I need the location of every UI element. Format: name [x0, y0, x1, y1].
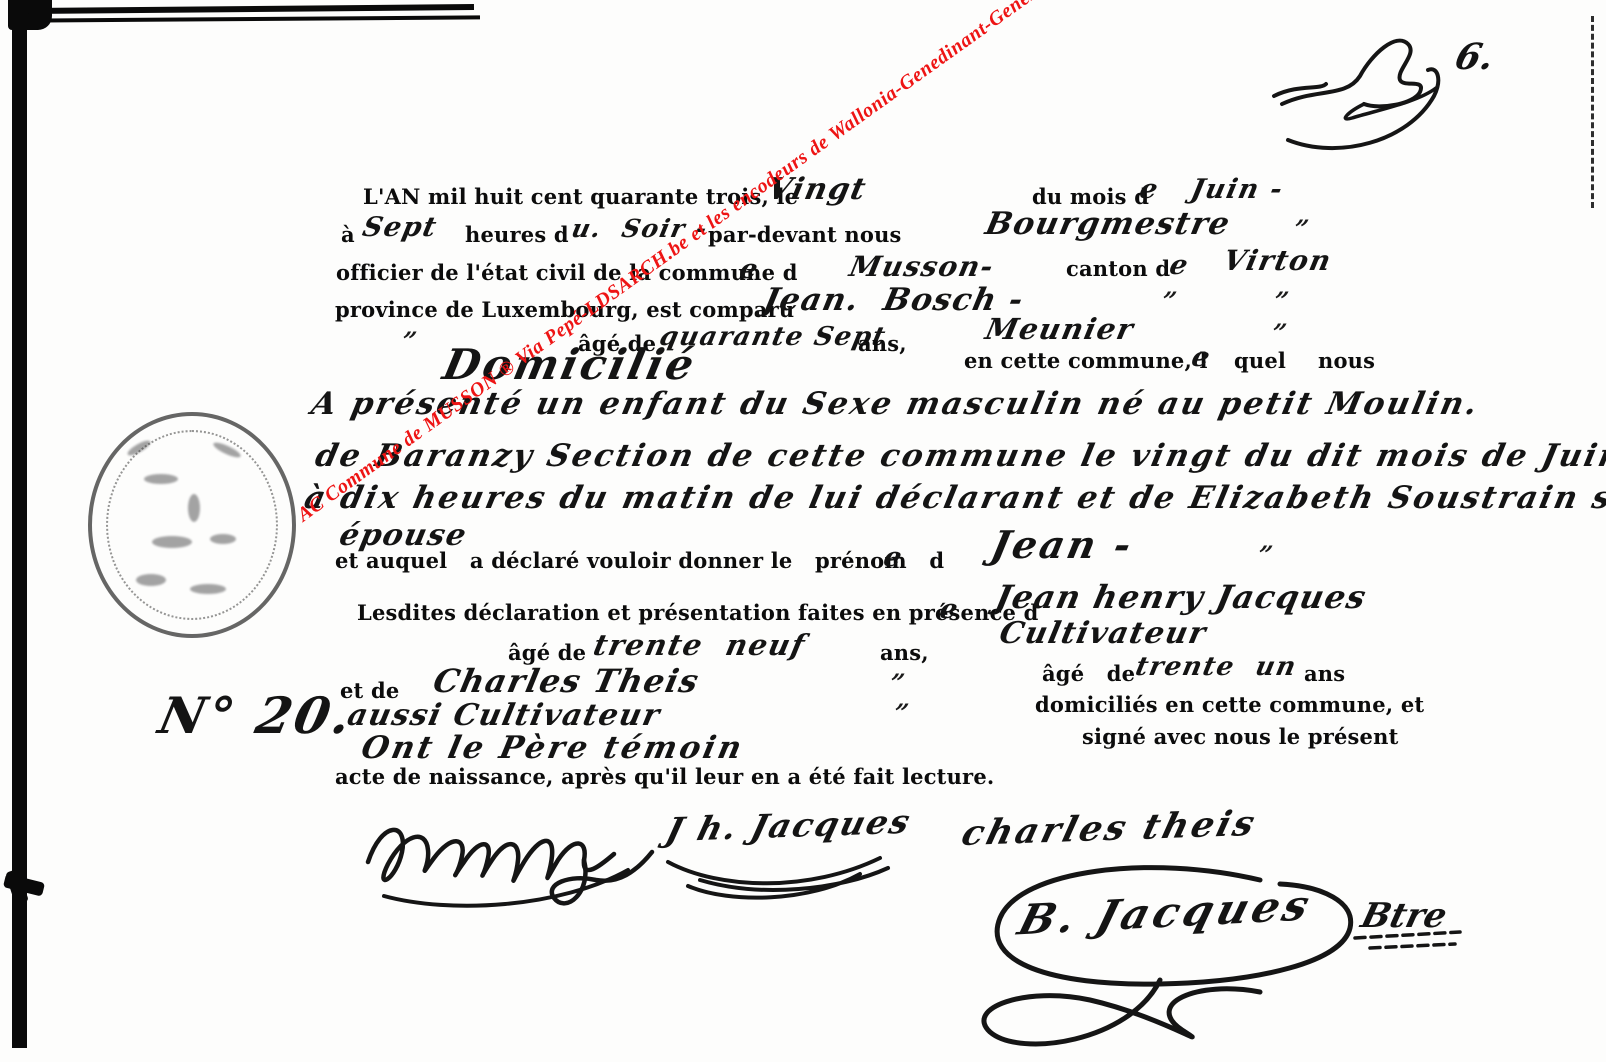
top-edge-line-1 [28, 4, 474, 14]
printed-line6-c: nous [1318, 348, 1375, 373]
ditto-mark: ” [1271, 286, 1292, 315]
hw-officer-title: Bourgmestre [982, 206, 1234, 242]
hw-presentation-line3: à dix heures du matin de lui déclarant e… [301, 480, 1606, 516]
hw-e-flourish: e [1189, 342, 1214, 373]
hw-witness1-age: trente neuf [590, 628, 809, 662]
officer-title-abbrev: Btre [1357, 896, 1451, 936]
printed-ans: ans, [858, 331, 907, 356]
printed-line2-c: par-devant nous [708, 222, 902, 247]
officer-signature-flourish [930, 852, 1470, 1062]
hw-child-name: Jean - [987, 522, 1138, 567]
ditto-mark: ” [1159, 286, 1180, 315]
hw-month: e Juin - [1137, 174, 1287, 205]
hw-declarant-name: Jean. Bosch - [760, 282, 1027, 318]
paraphe-flourish [1268, 18, 1468, 168]
ditto-mark: ” [1291, 214, 1312, 243]
printed-signe: signé avec nous le présent [1082, 724, 1398, 749]
printed-closing: acte de naissance, après qu'il leur en a… [335, 764, 994, 789]
hw-canton: Virton [1220, 244, 1335, 277]
hw-profession: Meunier [982, 312, 1137, 346]
printed-line3: officier de l'état civil de la commune d [336, 260, 798, 285]
ditto-mark: ” [1269, 318, 1290, 347]
printed-ans-2: ans, [880, 640, 929, 665]
left-margin-tick [14, 288, 24, 306]
ditto-mark: ” [1255, 540, 1276, 569]
printed-canton: canton d [1066, 256, 1170, 281]
printed-line2-b: heures d [465, 222, 569, 247]
hw-witness2-name: Charles Theis [430, 662, 703, 700]
printed-domicilies: domiciliés en cette commune, et [1035, 692, 1424, 717]
ditto-mark: ” [891, 698, 912, 727]
printed-witness-intro: Lesdites déclaration et présentation fai… [357, 600, 1039, 625]
hw-hour: Sept [360, 212, 441, 243]
scanned-birth-record-page: 6. N° 20. L'AN mil huit cent quarante tr… [0, 0, 1606, 1062]
commune-stamp [88, 412, 296, 638]
printed-line6-a: en cette commune, l [964, 348, 1208, 373]
ditto-mark: ” [887, 668, 908, 697]
printed-line2-a: à [341, 222, 355, 247]
printed-age-label-3: âgé de [1042, 661, 1135, 686]
ditto-mark: ” [399, 326, 420, 355]
witness2-signature: charles theis [957, 803, 1261, 854]
hw-witness1-name: Jean henry Jacques [992, 578, 1371, 616]
hw-commune: Musson- [846, 250, 997, 283]
hw-witness2-age: trente un [1133, 652, 1300, 682]
hw-witness1-profession: Cultivateur [996, 616, 1210, 651]
printed-ans-3: ans [1304, 661, 1345, 686]
witness1-signature-flourish [660, 840, 900, 900]
printed-line6-b: quel [1234, 348, 1286, 373]
act-number: N° 20. [154, 686, 360, 745]
declarant-signature-scrawl [360, 800, 680, 910]
hw-presentation-line2: de Baranzy Section de cette commune le v… [312, 438, 1606, 474]
binding-corner-blob [8, 0, 52, 30]
right-dashed-edge [1591, 16, 1594, 208]
hw-witness2-profession: aussi Cultivateur [344, 698, 664, 733]
hw-temoin-line: Ont le Père témoin [358, 730, 747, 766]
hw-e-flourish: e [1167, 250, 1192, 281]
top-edge-line-2 [28, 15, 480, 22]
printed-prenom-line: et auquel a déclaré vouloir donner le pr… [335, 548, 944, 573]
